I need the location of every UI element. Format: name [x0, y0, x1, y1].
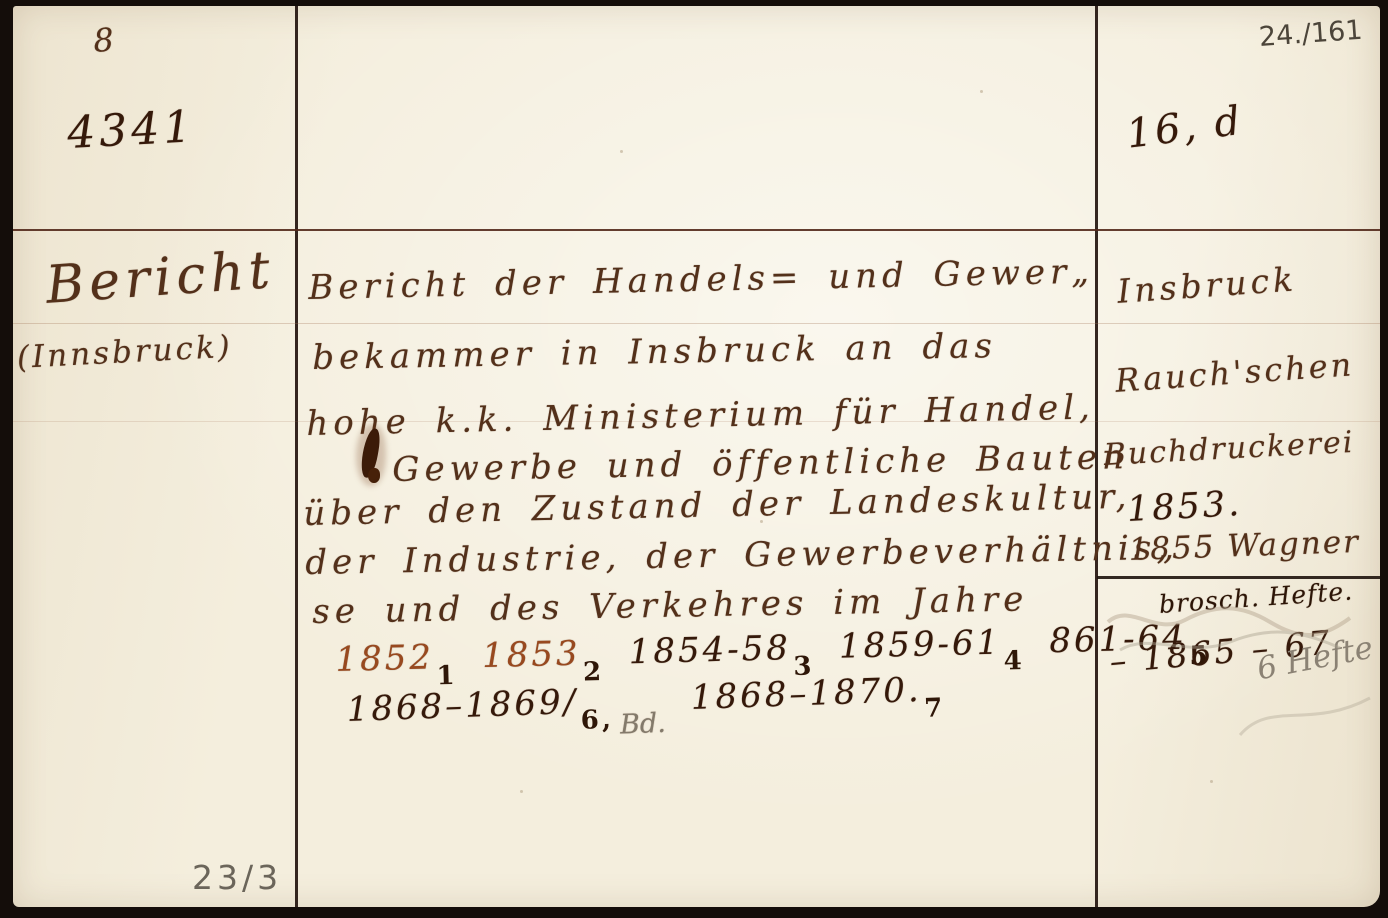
ruled-guide-line — [13, 323, 1380, 324]
volume-index: 4 — [1003, 646, 1025, 677]
imprint-year-1: 1853. — [1126, 484, 1243, 530]
pencil-scribble — [1100, 592, 1360, 672]
column-divider-left — [295, 6, 298, 907]
year-group: 1854-583 — [628, 628, 812, 673]
paper-speck — [520, 790, 523, 793]
pencil-volume-note: Bd. — [620, 708, 667, 741]
paper-speck — [1210, 780, 1213, 783]
year-group: 18521 — [335, 637, 456, 680]
series-number: 8 — [92, 21, 115, 60]
header-row-divider — [13, 229, 1380, 231]
year-group: 18532 — [482, 633, 603, 676]
catalog-number: 4341 — [66, 101, 196, 159]
volume-index: 7 — [924, 693, 946, 724]
scanned-catalog-card: 8 4341 24./161 16, d Bericht (Innsbruck)… — [0, 0, 1388, 918]
pencil-scribble — [1230, 690, 1380, 750]
paper-speck — [980, 90, 983, 93]
year-group: 1859-614 — [838, 622, 1022, 667]
volume-index: 6, — [580, 705, 614, 736]
pencil-number-bottom: 23/3 — [192, 858, 282, 897]
paper-speck — [760, 520, 763, 523]
paper-speck — [620, 150, 623, 153]
